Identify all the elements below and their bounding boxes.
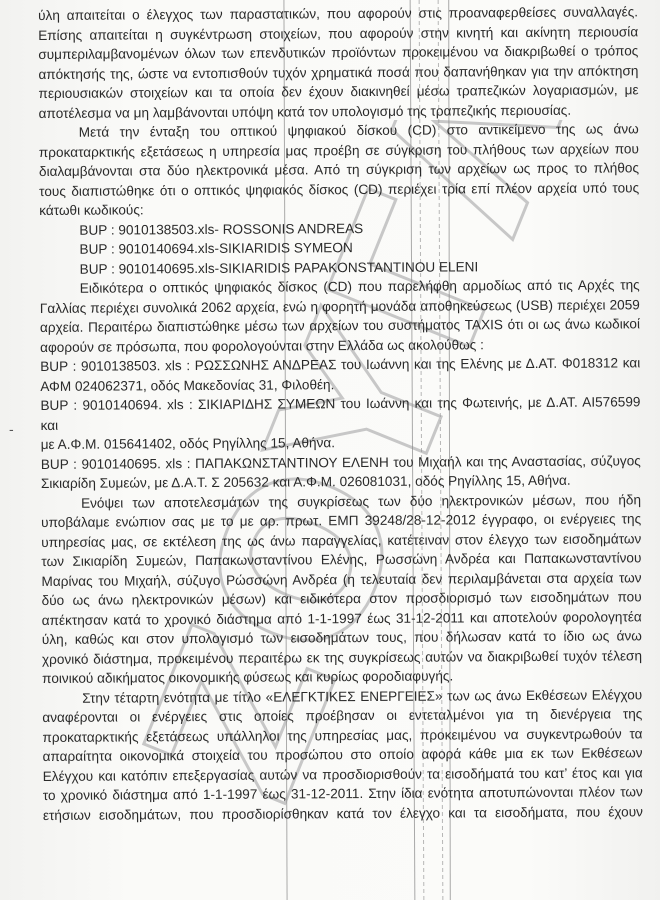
text-line: BUP : 9010138503. xls : ΡΩΣΣΩΝΗΣ ΑΝΔΡΕΑΣ… [40, 353, 640, 376]
text-line: ετήσιων εισοδημάτων, που προσδιορίσθηκαν… [43, 802, 643, 825]
text-line: χρονικό διάστημα, προκειμένου περαιτέρω … [42, 646, 642, 669]
text-line: τους διαπιστώθηκε ότι ο οπτικός ψηφιακός… [39, 178, 639, 201]
paragraph-file-counts: Ειδικότερα ο οπτικός ψηφιακός δίσκος (CD… [40, 275, 640, 357]
paragraph-audit-actions: Στην τέταρτη ενότητα με τίτλο «ΕΛΕΓΚΤΙΚΕ… [42, 685, 643, 825]
document-body: ύλη απαιτείται ο έλεγχος των παραστατικώ… [38, 2, 643, 825]
paragraph-assets: ύλη απαιτείται ο έλεγχος των παραστατικώ… [38, 2, 639, 123]
paragraph-income-audit: Ενόψει των αποτελεσμάτων της συγκρίσεως … [41, 490, 642, 689]
person-entry: BUP : 9010138503. xls : ΡΩΣΣΩΝΗΣ ΑΝΔΡΕΑΣ… [40, 353, 640, 396]
paragraph-cd-comparison: Μετά την ένταξη του οπτικού ψηφιακού δίσ… [39, 119, 640, 220]
person-entry: BUP : 9010140695. xls : ΠΑΠΑΚΩΝΣΤΑΝΤΙΝΟΥ… [41, 451, 641, 494]
person-entry: BUP : 9010140694. xls : ΣΙΚΙΑΡΙΔΗΣ ΣΥΜΕΩ… [40, 392, 640, 454]
margin-mark: - [9, 421, 14, 437]
scanned-page: ΖΟΥΓΛΑ - ύλη απαιτείται ο έλεγχος των πα… [0, 0, 660, 900]
persons-list: BUP : 9010138503. xls : ΡΩΣΣΩΝΗΣ ΑΝΔΡΕΑΣ… [40, 353, 641, 493]
extra-files-list: BUP : 9010138503.xls- ROSSONIS ANDREAS B… [39, 217, 639, 279]
text-line: αρχεία. Περαιτέρω διαπιστώθηκε μέσω των … [40, 314, 640, 337]
text-line: BUP : 9010140694. xls : ΣΙΚΙΑΡΙΔΗΣ ΣΥΜΕΩ… [40, 392, 640, 435]
